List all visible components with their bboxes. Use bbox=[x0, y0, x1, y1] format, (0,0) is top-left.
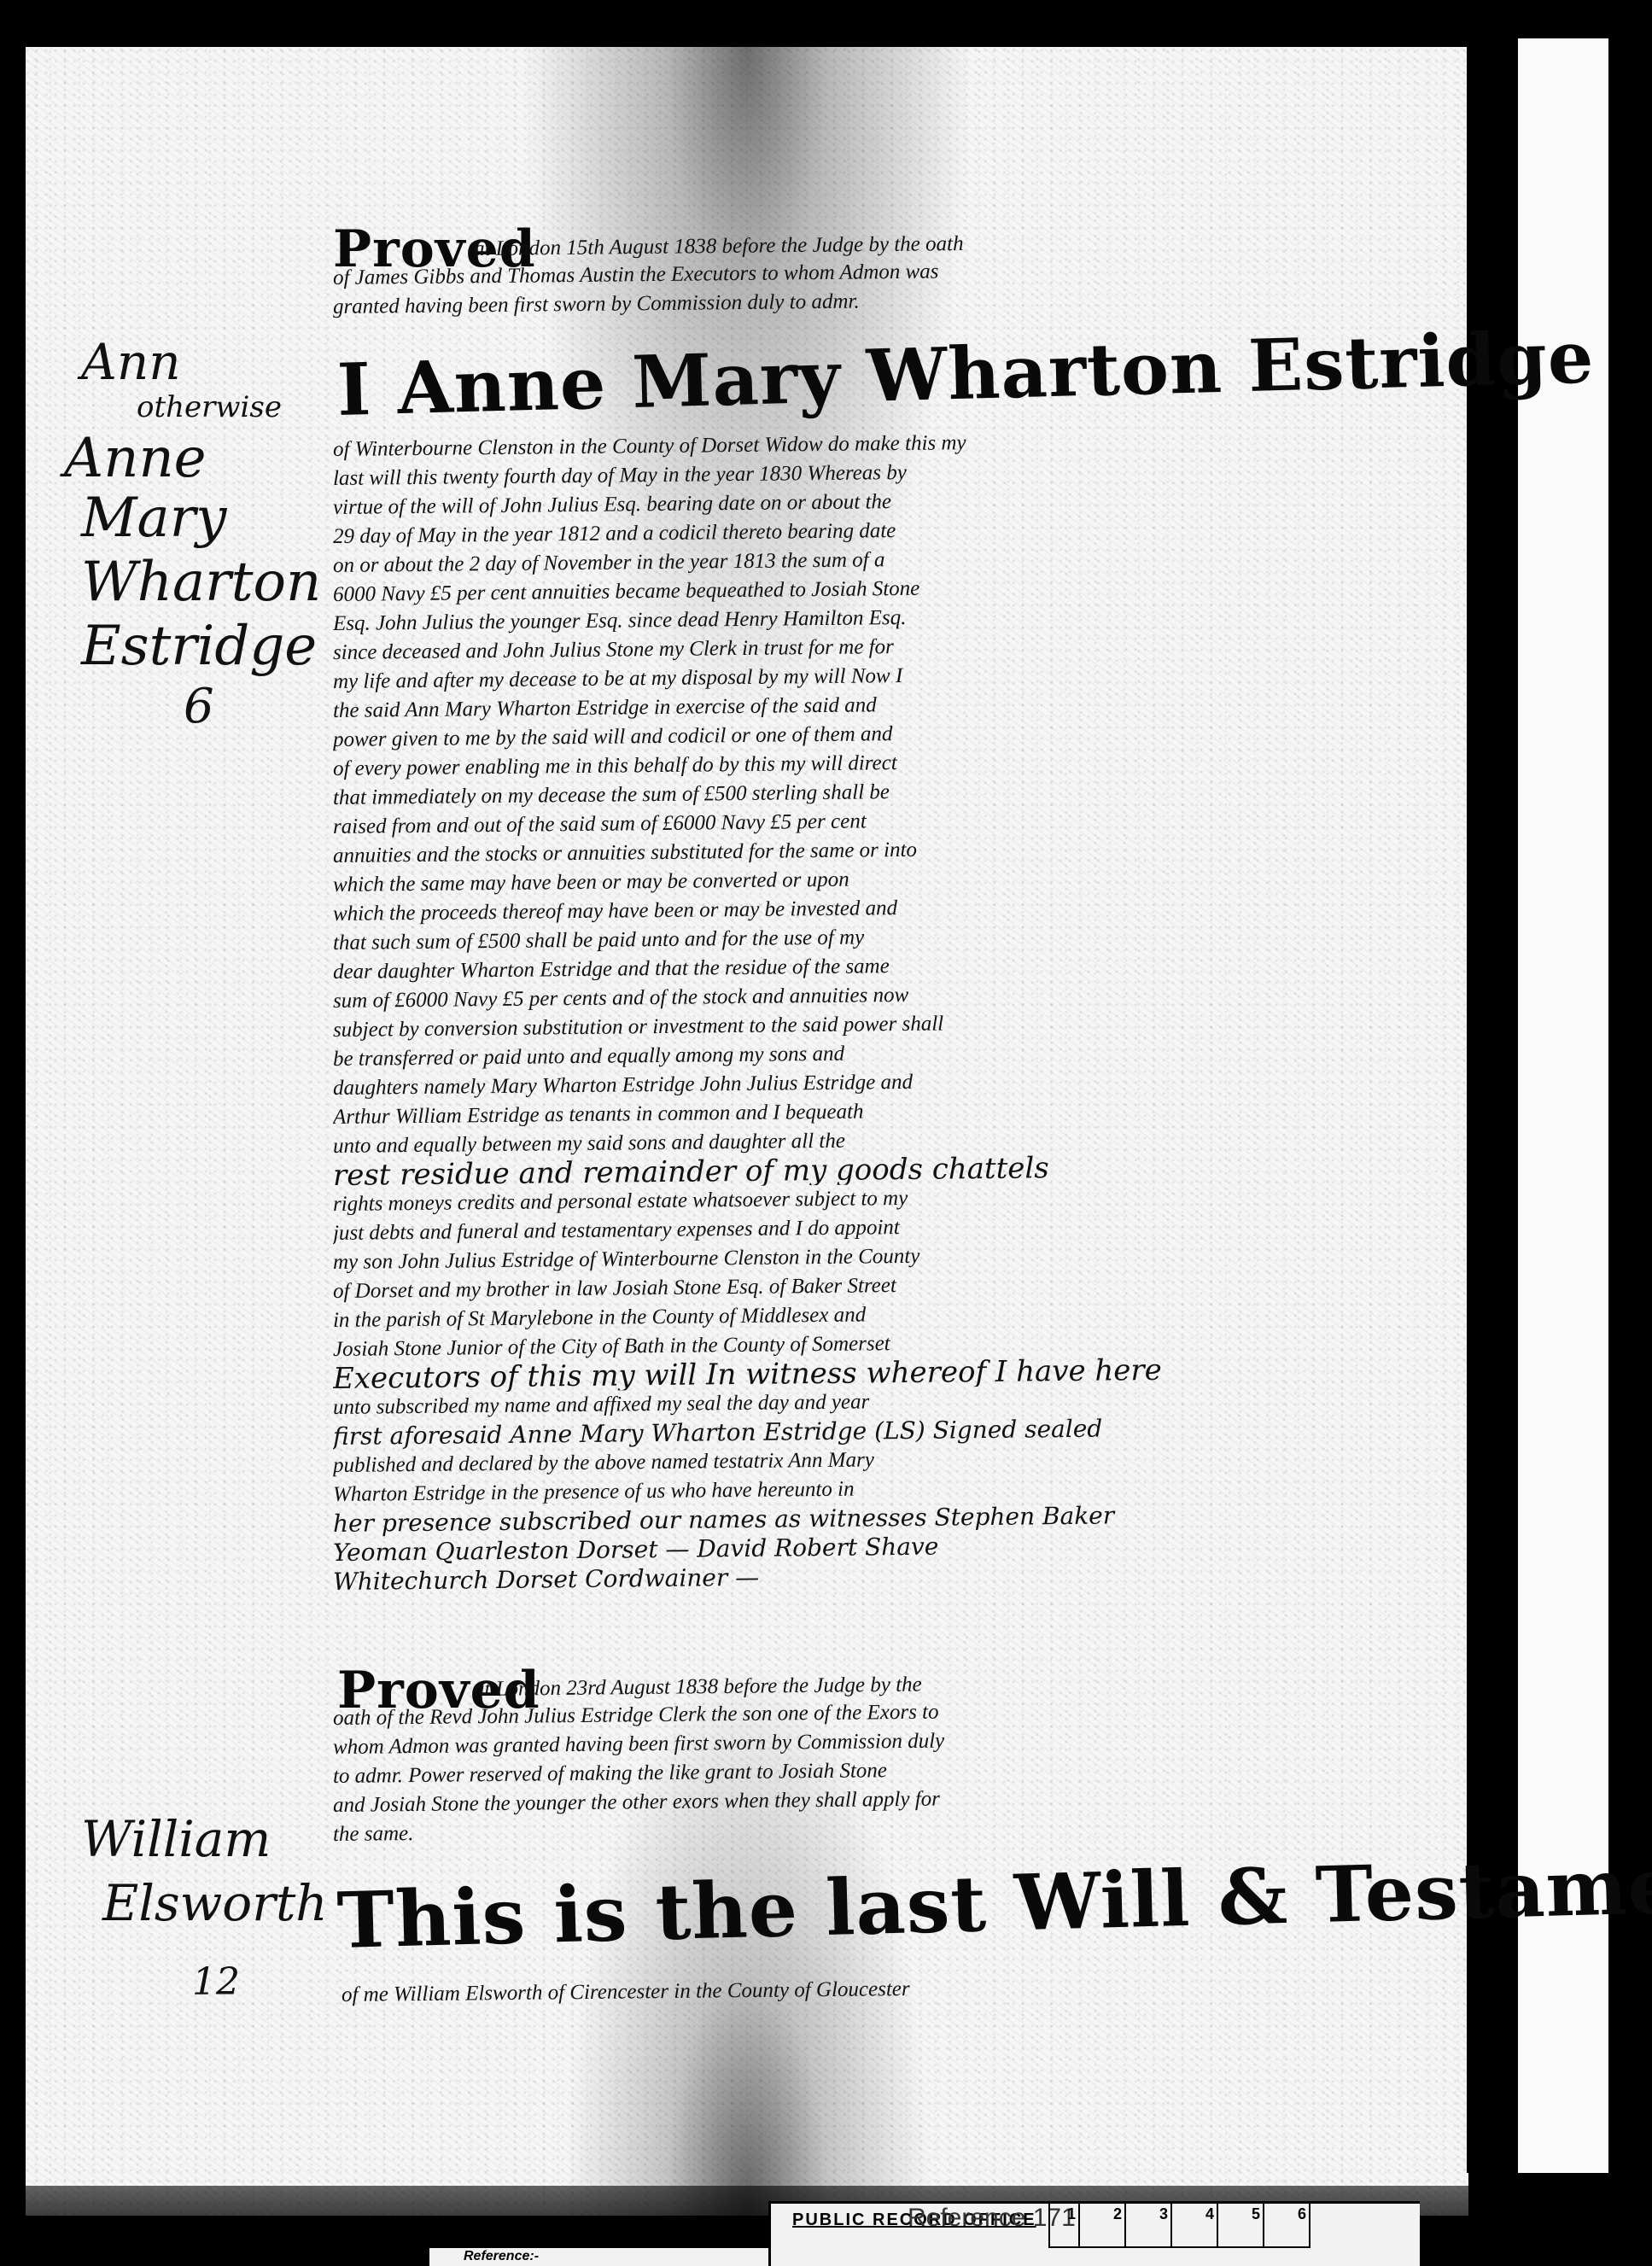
reference-grid: 1 2 3 4 5 6 bbox=[1048, 2204, 1311, 2266]
margin-name-wharton: Wharton bbox=[81, 555, 321, 610]
reference-label: Reference:- bbox=[464, 2249, 539, 2264]
margin-name-otherwise: otherwise bbox=[137, 393, 282, 422]
margin-folio-number: 6 bbox=[184, 683, 214, 731]
margin-name-mary: Mary bbox=[81, 491, 226, 546]
reference-label-box: Reference:- bbox=[427, 2246, 771, 2266]
grid-cell: 2 bbox=[1078, 2204, 1124, 2248]
margin-name-ann: Ann bbox=[81, 337, 181, 387]
will-body-1: of Winterbourne Clenston in the County o… bbox=[333, 435, 1413, 1597]
grid-cell: 5 bbox=[1217, 2204, 1263, 2248]
will-body-2: of me William Elsworth of Cirencester in… bbox=[341, 1981, 1421, 2010]
grid-cell: 4 bbox=[1170, 2204, 1217, 2248]
margin-folio-number-2: 12 bbox=[192, 1964, 240, 2001]
margin-name-anne: Anne bbox=[64, 431, 207, 486]
grid-cell: 3 bbox=[1124, 2204, 1170, 2248]
probate-clause-2: at London 23rd August 1838 before the Ju… bbox=[474, 1675, 1413, 1849]
margin-name-estridge: Estridge bbox=[81, 619, 317, 674]
grid-cell: 6 bbox=[1263, 2204, 1311, 2248]
margin-name-elsworth: Elsworth bbox=[102, 1878, 328, 1928]
margin-name-william: William bbox=[81, 1814, 271, 1864]
probate-clause-1: at London 15th August 1838 before the Ju… bbox=[474, 235, 1413, 322]
public-record-office-stamp: PUBLIC RECORD OFFICE Reference 171 1 2 3… bbox=[768, 2201, 1420, 2266]
grid-cell: 1 bbox=[1048, 2204, 1078, 2248]
